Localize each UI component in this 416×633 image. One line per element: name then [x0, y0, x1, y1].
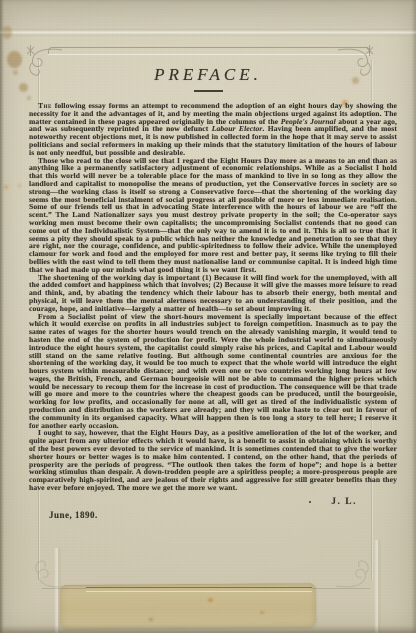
paragraph: From a Socialist point of view the short… [29, 313, 397, 430]
page-right-edge-shadow [411, 0, 416, 633]
title-rule [194, 90, 223, 92]
embossed-frame-bottom [86, 587, 312, 592]
fox-stain [18, 184, 21, 187]
date-line: June, 1890. [49, 510, 397, 520]
paragraph: I ought to say, however, that the Eight … [29, 429, 397, 491]
fox-stain [4, 185, 8, 189]
scroll-flourish-icon [334, 558, 374, 592]
page-bottom-edge-shadow [0, 625, 416, 633]
embossed-frame-bottom [312, 588, 370, 589]
paragraph: The following essay forms an attempt to … [29, 102, 397, 157]
fox-stain [149, 618, 153, 621]
paragraph: Those who read to the close will see tha… [29, 157, 397, 274]
scanned-preface-page: PREFACE. The following essay forms an at… [0, 0, 416, 633]
embossed-frame-bottom [42, 588, 86, 589]
vertical-fold-crease [374, 540, 381, 633]
preface-body: The following essay forms an attempt to … [29, 102, 397, 520]
fox-stain [27, 96, 31, 100]
signature: J. L. [331, 497, 357, 507]
stray-ink-dot [309, 501, 311, 503]
embossed-frame-top [48, 47, 370, 54]
paragraph: The shortening of the working day is imp… [29, 274, 397, 313]
horizontal-fold-crease [0, 29, 416, 37]
page-title: PREFACE. [0, 66, 416, 83]
paragraphs-container: The following essay forms an attempt to … [29, 102, 397, 492]
page-left-edge-shadow [0, 0, 4, 633]
signature-row: J. L. [29, 497, 397, 507]
page-top-shading [0, 0, 416, 30]
fox-stain [260, 611, 264, 614]
fox-stain [208, 598, 213, 602]
title-block: PREFACE. [0, 66, 416, 92]
